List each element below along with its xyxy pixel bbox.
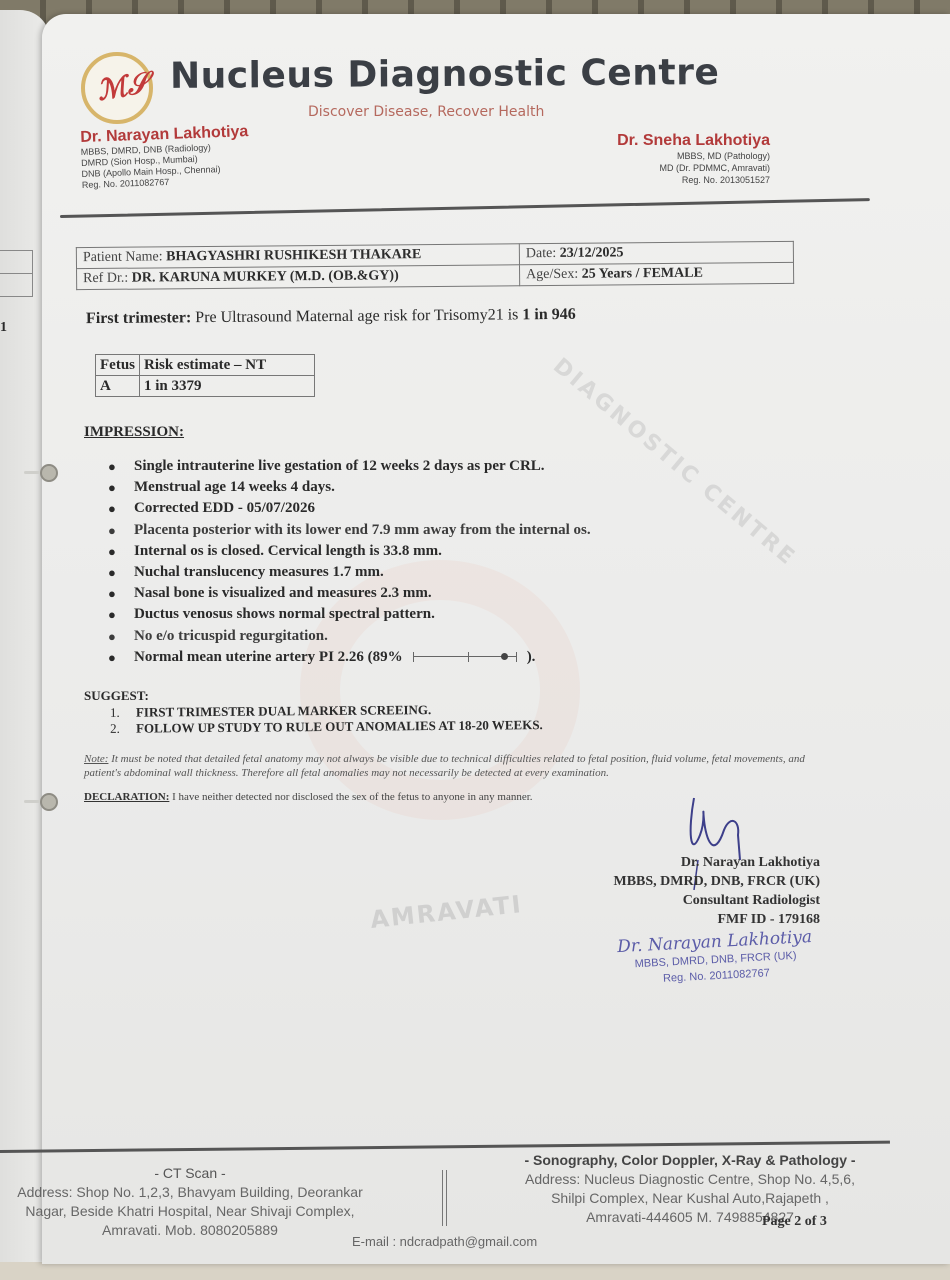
list-item: ●Menstrual age 14 weeks 4 days. [106,477,591,498]
suggest-list: 1.FIRST TRIMESTER DUAL MARKER SCREEING. … [110,701,543,737]
ref-doctor-cell: Ref Dr.: DR. KARUNA MURKEY (M.D. (OB.&GY… [77,265,520,290]
left-doctor-info: Dr. Narayan Lakhotiya MBBS, DMRD, DNB (R… [80,123,250,191]
footer-column-divider [442,1170,447,1226]
age-sex: 25 Years / FEMALE [582,266,703,282]
prev-page-text-fragment: 1 [0,320,7,336]
centre-tagline: Discover Disease, Recover Health [308,104,544,120]
prev-page-table-cell [0,250,33,274]
radiologist-qualifications: MBBS, DMRD, DNB, FRCR (UK) [614,872,821,891]
list-item: ●Internal os is closed. Cervical length … [106,541,591,562]
disclaimer-note: Note: It must be noted that detailed fet… [84,752,814,780]
list-item: ●Single intrauterine live gestation of 1… [106,456,591,477]
right-doctor-qual: MD (Dr. PDMMC, Amravati) [617,162,770,174]
bullet-icon: ● [108,604,116,625]
page-number: Page 2 of 3 [762,1214,827,1230]
list-item: ●Ductus venosus shows normal spectral pa… [106,604,591,625]
bullet-icon: ● [108,456,116,477]
doctor-stamp: Dr. Narayan Lakhotiya MBBS, DMRD, DNB, F… [617,927,814,989]
impression-list: ●Single intrauterine live gestation of 1… [106,456,591,668]
centre-logo: ℳ𝒮 [81,52,153,124]
radiologist-title: Consultant Radiologist [614,891,821,910]
report-date: 23/12/2025 [560,245,624,261]
background-surface [0,1262,950,1280]
binder-ring [40,793,58,811]
bullet-icon: ● [108,562,116,583]
radiologist-signature-block: Dr. Narayan Lakhotiya MBBS, DMRD, DNB, F… [614,853,821,929]
list-item: ●Nasal bone is visualized and measures 2… [106,583,591,604]
impression-heading: IMPRESSION: [84,424,184,441]
footer-ct-scan-address: - CT Scan - Address: Shop No. 1,2,3, Bha… [10,1164,370,1240]
patient-name: BHAGYASHRI RUSHIKESH THAKARE [166,247,421,264]
right-doctor-reg: Reg. No. 2013051527 [617,174,770,186]
suggest-heading: SUGGEST: [84,688,149,704]
list-item: ●Corrected EDD - 05/07/2026 [106,498,591,519]
radiologist-name: Dr. Narayan Lakhotiya [614,853,821,872]
footer-email: E-mail : ndcradpath@gmail.com [352,1234,537,1249]
right-doctor-info: Dr. Sneha Lakhotiya MBBS, MD (Pathology)… [617,132,770,186]
logo-monogram-icon: ℳ𝒮 [94,66,151,108]
bullet-icon: ● [108,647,116,668]
bullet-icon: ● [108,498,116,519]
maternal-age-risk-value: 1 in 946 [522,306,575,323]
age-sex-cell: Age/Sex: 25 Years / FEMALE [519,262,793,285]
list-item: ●Placenta posterior with its lower end 7… [106,520,591,541]
bullet-icon: ● [108,583,116,604]
fmf-id: FMF ID - 179168 [614,910,821,929]
percentile-marker-icon [501,653,508,660]
bullet-icon: ● [108,520,116,541]
prev-page-table-cell [0,273,33,297]
date-cell: Date: 23/12/2025 [519,241,793,264]
list-item: ●No e/o tricuspid regurgitation. [106,626,591,647]
right-doctor-name: Dr. Sneha Lakhotiya [617,132,770,150]
percentile-indicator [413,651,523,663]
table-header-row: Fetus Risk estimate – NT [96,355,315,376]
patient-info-table: Patient Name: BHAGYASHRI RUSHIKESH THAKA… [76,241,794,290]
list-item: ●Normal mean uterine artery PI 2.26 (89%… [106,647,591,668]
bullet-icon: ● [108,477,116,498]
risk-estimate-table: Fetus Risk estimate – NT A 1 in 3379 [95,354,315,397]
bullet-icon: ● [108,541,116,562]
bullet-icon: ● [108,626,116,647]
ref-doctor: DR. KARUNA MURKEY (M.D. (OB.&GY)) [132,268,399,285]
binder-ring [40,464,58,482]
declaration: DECLARATION: I have neither detected nor… [84,791,533,803]
right-doctor-qual: MBBS, MD (Pathology) [617,150,770,162]
centre-title: Nucleus Diagnostic Centre [170,52,720,97]
list-item: ●Nuchal translucency measures 1.7 mm. [106,562,591,583]
table-row: A 1 in 3379 [96,376,315,397]
